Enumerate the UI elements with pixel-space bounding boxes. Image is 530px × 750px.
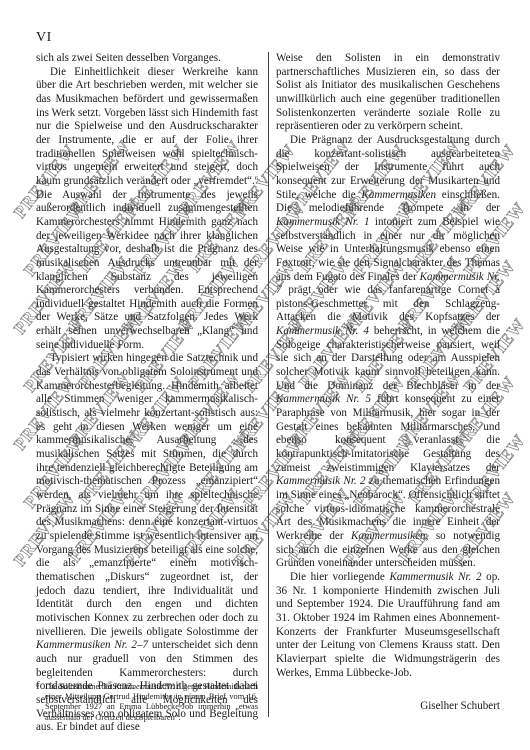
paragraph: Weise den Solisten in ein demonstrativ p… xyxy=(276,52,500,134)
left-column: sich als zwei Seiten desselben Vorganges… xyxy=(36,52,258,735)
footnote-marker: 6 xyxy=(36,682,45,723)
paragraph: Die Prägnanz der Ausdrucksgestaltung dur… xyxy=(276,134,500,571)
work-title: Kammermusik Nr. 1 xyxy=(276,216,370,228)
paragraph: Die hier vorliegende Kammermusik Nr. 2 o… xyxy=(276,571,500,680)
footnote-ref[interactable]: 6 xyxy=(255,175,258,182)
page-number: VI xyxy=(36,30,52,46)
paragraph: Die Einheitlichkeit dieser Werkreihe kan… xyxy=(36,66,258,353)
footnote: 6 Die Solostimme der Kammermusik Nr. 6 g… xyxy=(36,682,258,723)
work-title: Kammermusiken Nr. 2–7 xyxy=(36,639,148,651)
work-title: Kammermusiken xyxy=(351,530,426,542)
work-title: Kammermusik Nr. 6 xyxy=(114,682,181,691)
work-title: Kammermusik Nr. 2 xyxy=(276,475,366,487)
footnotes: 6 Die Solostimme der Kammermusik Nr. 6 g… xyxy=(36,682,258,723)
work-title: Kammermusik Nr. 5 xyxy=(276,393,371,405)
paragraph: sich als zwei Seiten desselben Vorganges… xyxy=(36,52,258,66)
right-column: Weise den Solisten in ein demonstrativ p… xyxy=(276,52,500,680)
column-divider xyxy=(268,52,269,717)
work-title: Kammermusik Nr. 4 xyxy=(276,325,369,337)
work-title: Kammermusiken xyxy=(361,189,436,201)
work-title: Kammermusik Nr. 2 xyxy=(389,571,481,583)
author-signature: Giselher Schubert xyxy=(276,700,500,712)
paragraph: Typisiert wirken hingegen die Satztechni… xyxy=(36,352,258,734)
